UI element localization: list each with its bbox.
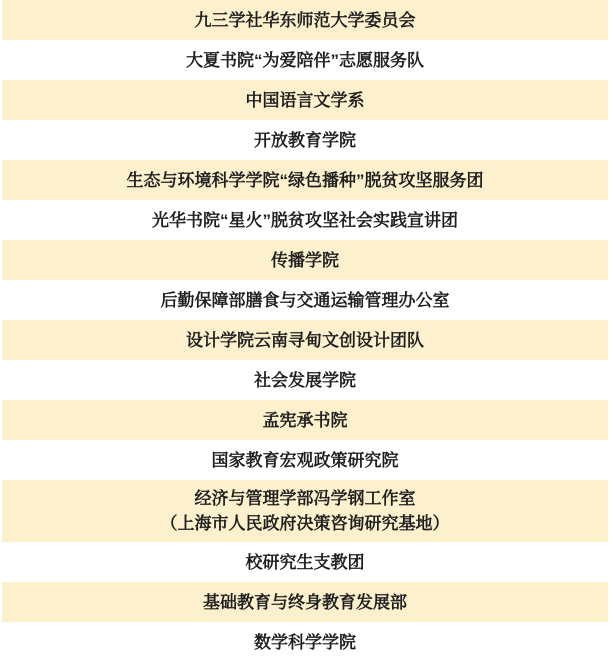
organization-name: 孟宪承书院 xyxy=(263,408,348,433)
list-item: 国家教育宏观政策研究院 xyxy=(2,440,608,480)
organization-name: 九三学社华东师范大学委员会 xyxy=(195,8,416,33)
list-item: 后勤保障部膳食与交通运输管理办公室 xyxy=(2,280,608,320)
organization-name: 校研究生支教团 xyxy=(246,550,365,575)
list-item: 开放教育学院 xyxy=(2,120,608,160)
list-item: 中国语言文学系 xyxy=(2,80,608,120)
organization-name: 后勤保障部膳食与交通运输管理办公室 xyxy=(161,288,450,313)
organization-name: （上海市人民政府决策咨询研究基地） xyxy=(161,511,450,536)
list-item: 数学科学学院 xyxy=(2,622,608,662)
organization-list: 九三学社华东师范大学委员会大夏书院“为爱陪伴”志愿服务队中国语言文学系开放教育学… xyxy=(0,0,613,662)
list-item: 孟宪承书院 xyxy=(2,400,608,440)
list-item: 社会发展学院 xyxy=(2,360,608,400)
list-item: 校研究生支教团 xyxy=(2,542,608,582)
organization-name: 国家教育宏观政策研究院 xyxy=(212,448,399,473)
organization-name: 数学科学学院 xyxy=(254,630,356,655)
list-item: 设计学院云南寻甸文创设计团队 xyxy=(2,320,608,360)
list-item: 基础教育与终身教育发展部 xyxy=(2,582,608,622)
list-item: 传播学院 xyxy=(2,240,608,280)
list-item: 大夏书院“为爱陪伴”志愿服务队 xyxy=(2,40,608,80)
organization-name: 生态与环境科学学院“绿色播种”脱贫攻坚服务团 xyxy=(127,168,484,193)
organization-name: 光华书院“星火”脱贫攻坚社会实践宣讲团 xyxy=(152,208,458,233)
list-item: 光华书院“星火”脱贫攻坚社会实践宣讲团 xyxy=(2,200,608,240)
organization-name: 基础教育与终身教育发展部 xyxy=(203,590,407,615)
organization-name: 开放教育学院 xyxy=(254,128,356,153)
list-item: 生态与环境科学学院“绿色播种”脱贫攻坚服务团 xyxy=(2,160,608,200)
organization-name: 经济与管理学部冯学钢工作室 xyxy=(195,486,416,511)
organization-name: 大夏书院“为爱陪伴”志愿服务队 xyxy=(186,48,424,73)
list-item: 经济与管理学部冯学钢工作室（上海市人民政府决策咨询研究基地） xyxy=(2,480,608,542)
organization-name: 社会发展学院 xyxy=(254,368,356,393)
list-item: 九三学社华东师范大学委员会 xyxy=(2,0,608,40)
organization-name: 传播学院 xyxy=(271,248,339,273)
organization-name: 设计学院云南寻甸文创设计团队 xyxy=(186,328,424,353)
organization-name: 中国语言文学系 xyxy=(246,88,365,113)
